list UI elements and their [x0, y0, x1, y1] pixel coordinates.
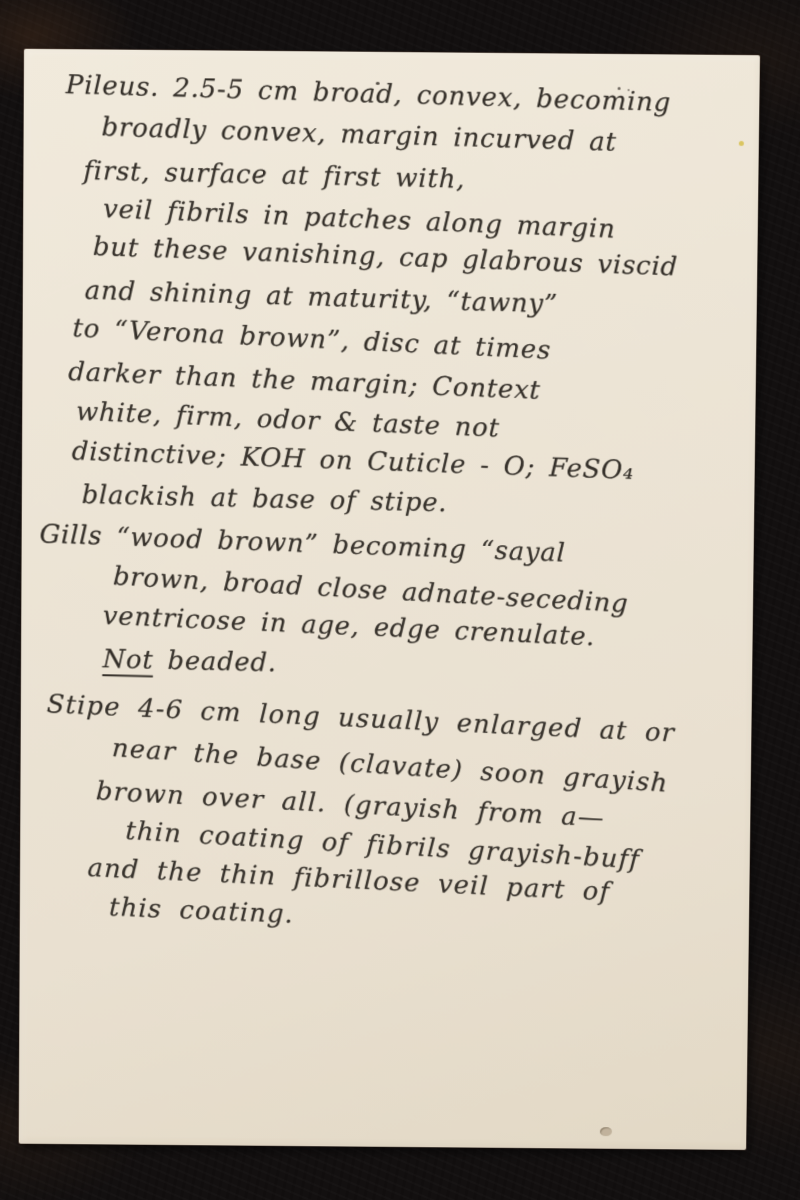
- handwritten-line-pileus-2: broadly convex, margin incurved at: [101, 113, 617, 158]
- ink-speck: [628, 89, 630, 91]
- photo-background: Pileus. 2.5-5 cm broad, convex, becoming…: [0, 0, 800, 1200]
- paper-smudge: [600, 1127, 612, 1136]
- handwritten-line-pileus-6: and shining at maturity, “tawny”: [84, 277, 558, 321]
- handwritten-line-pileus-11: blackish at base of stipe.: [81, 481, 447, 519]
- handwritten-line-pileus-1: Pileus. 2.5-5 cm broad, convex, becoming: [65, 71, 671, 119]
- handwritten-line-pileus-3: first, surface at first with,: [83, 157, 465, 195]
- underlined-word-not: Not: [102, 645, 154, 678]
- handwritten-line-pileus-7: to “Verona brown”, disc at times: [72, 314, 552, 366]
- ink-speck: [376, 82, 380, 85]
- handwritten-line-pileus-10: distinctive; KOH on Cuticle - O; FeSO₄: [71, 438, 634, 487]
- handwritten-line-stipe-6: this coating.: [109, 894, 295, 931]
- gills-line-rest: beaded.: [153, 646, 277, 678]
- handwritten-line-gills-4: Not beaded.: [102, 646, 277, 679]
- yellow-paper-speck: [739, 141, 744, 146]
- handwritten-line-pileus-9: white, firm, odor & taste not: [76, 398, 501, 445]
- note-card: Pileus. 2.5-5 cm broad, convex, becoming…: [19, 49, 760, 1150]
- ink-speck: [618, 87, 621, 90]
